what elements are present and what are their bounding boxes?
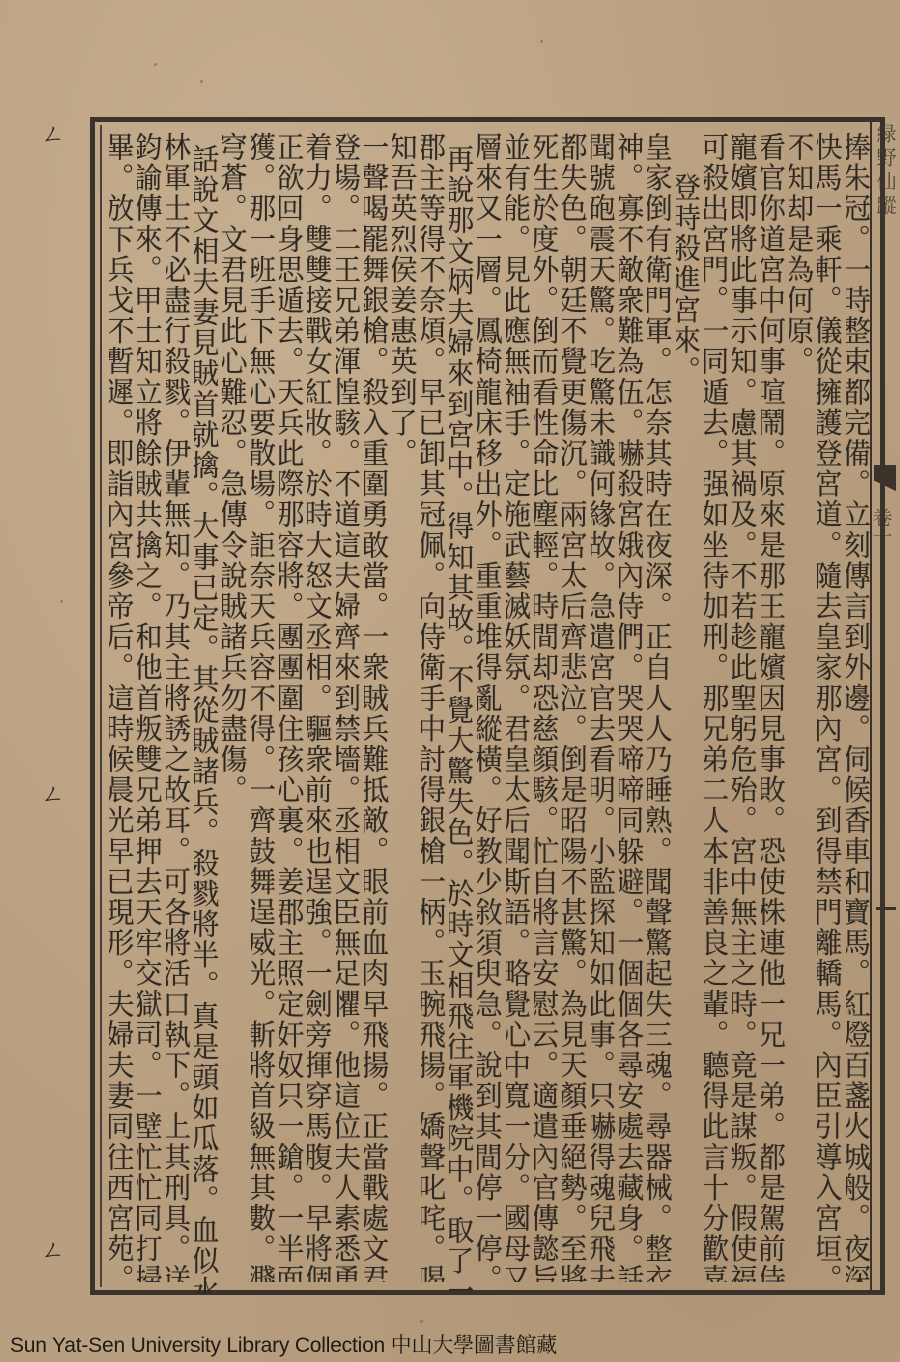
text-column: 一聲喝罷舞銀槍。殺入重圍勇敢當。一衆賊兵難抵敵。眼前血肉早飛揚。正當戰處文君至。… <box>364 132 392 1282</box>
text-column: 話說文相夫妻見賊首就擒。大事已定。其從賊諸兵。殺戮將半。真是頭如瓜落。血似水流。… <box>194 132 222 1294</box>
scanned-page: ㄥ ㄥ ㄥ 緑野仙蹤 卷十 捧朱冠。一時整束都完備。立刻傳言到外邊。伺候香車和寶… <box>0 0 900 1362</box>
book-heart-volume: 卷十 <box>874 507 896 627</box>
text-column: 聞號砲震天驚。吃驚未識何緣故。急遣宮官去看明。小監探知如此事。只嚇得魂兒飛去九霄… <box>591 132 619 1282</box>
book-heart-title: 緑野仙蹤 <box>874 123 896 483</box>
text-column: 都失色。朝廷不覺更傷沉。兩宮太后齊悲泣。倒是昭陽不甚驚。為見天顏垂絕勢。至將主見… <box>562 132 590 1282</box>
text-column: 並有能。見此應無袖手。定施武藝滅妖氛。君皇太后聞斯語。略覺心中寬一分。國母又教諸… <box>506 132 534 1282</box>
text-column: 着力。雙雙接戰女紅妝。於時大怒文丞相。驅衆前來也逞強。一劍旁揮穿馬腹。早將個賊兄… <box>307 132 335 1282</box>
text-column: 獲。那一班手下無心要散場。詎奈天兵容不得。一齊鼓舞逞威光。斬將首級無其數。濺得人… <box>251 132 279 1282</box>
text-column: 林軍士不必盡行殺戮。伊輩無知。乃其主將誘之故耳。可各將活口執下。上其刑具。送去獄… <box>166 132 194 1282</box>
text-column: 神。寡不敵衆難為伍。嚇殺宮娥內侍們。哭哭啼啼同躲避。一個個各尋安處去藏身。話未提… <box>619 132 647 1282</box>
text-column: 正欲回身思遁去。天兵此際那容將。團團圍住孩心裏。姜郡主照定奸奴只一鎗。一半面頰手… <box>279 132 307 1282</box>
printed-frame-border: 緑野仙蹤 卷十 捧朱冠。一時整束都完備。立刻傳言到外邊。伺候香車和寶馬。紅燈百盞… <box>90 117 885 1295</box>
text-column: 知吾英烈侯姜惠英到了。 <box>392 132 420 1282</box>
text-column: 捧朱冠。一時整束都完備。立刻傳言到外邊。伺候香車和寶馬。紅燈百盞火城般。夜深不去… <box>846 132 874 1282</box>
text-column: 快馬一乘軒。儀從擁護登宮道。隨去皇家那內宮。到得禁門離轎馬。內臣引導入宮垣。忽聞… <box>817 132 845 1282</box>
library-collection-caption: Sun Yat-Sen University Library Collectio… <box>10 1329 557 1359</box>
text-column: 寵嬪即將此事示知。慮其禍及。不若趁此聖躬危殆。宮中無主之時。竟是謀叛。假使福命有… <box>732 132 760 1282</box>
text-column: 鈞諭傳來。甲士知立將餘賊共擒之。和他首叛雙兄弟押去天牢交獄司。一壁忙忙同打掃。收… <box>137 132 165 1282</box>
text-column: 可殺出宮門。一同遁去。强如坐待加刑。那兄弟二人本非善良之輩。聽得此言十分歡喜。便… <box>704 132 732 1282</box>
binding-hole-mark-top: ㄥ <box>38 122 68 146</box>
text-column: 登時殺進宮來。 <box>676 132 704 1322</box>
text-column: 不知却是為何原。 <box>789 132 817 1282</box>
text-column: 登場。二王兄弟渾惶駭。不道這夫婦齊來到禁墻。丞相文臣無足懼。他這位夫人素悉勇非常… <box>336 132 364 1282</box>
text-column: 看官你道宮中何事喧鬧。原來是那王寵嬪因見事敗。恐使株連他一兄一弟。都是駕前侍衛。… <box>761 132 789 1282</box>
text-column: 再說那文炳夫婦來到宮中。得知其故。不覺大驚失色。於時文相飛往軍機院中。取了一枝令… <box>449 132 477 1294</box>
text-column: 畢。放下兵戈不暫遲。即詣內宮參帝后。這時候晨光早已現形。夫婦夫妻同往西宮苑。不道… <box>109 132 137 1282</box>
binding-hole-mark-middle: ㄥ <box>38 782 68 806</box>
text-columns: 捧朱冠。一時整束都完備。立刻傳言到外邊。伺候香車和寶馬。紅燈百盞火城般。夜深不去… <box>109 132 874 1282</box>
binding-hole-mark-bottom: ㄥ <box>38 1238 68 1262</box>
text-column: 層來又一層。鳳椅龍床移出外。重重堆得亂縱橫。好教少敘須臾急。說到其間停一停。 <box>477 132 505 1282</box>
heart-tick-mark <box>876 907 896 910</box>
fish-tail-mark-icon <box>874 465 896 491</box>
text-column: 死生於度外。倒而看性命比塵輕。時間却恐慈顔駭。忙自將言安慰云。適遣內官傳懿旨。名… <box>534 132 562 1282</box>
text-column: 穹蒼。文君見此心難忍。急傳令說賊諸兵勿盡傷。 <box>222 132 250 1282</box>
text-column: 皇家倒有衛門軍。怎奈其時在夜深。正自人人乃睡熟。聞聲驚起失三魂。尋器械。整衣襟。… <box>647 132 675 1282</box>
text-column: 郡主等得不奈煩。早已卸其冠佩。向侍衛手中討得銀槍一柄。玉腕飛揚。嬌聲叱咤。喝道何… <box>421 132 449 1282</box>
